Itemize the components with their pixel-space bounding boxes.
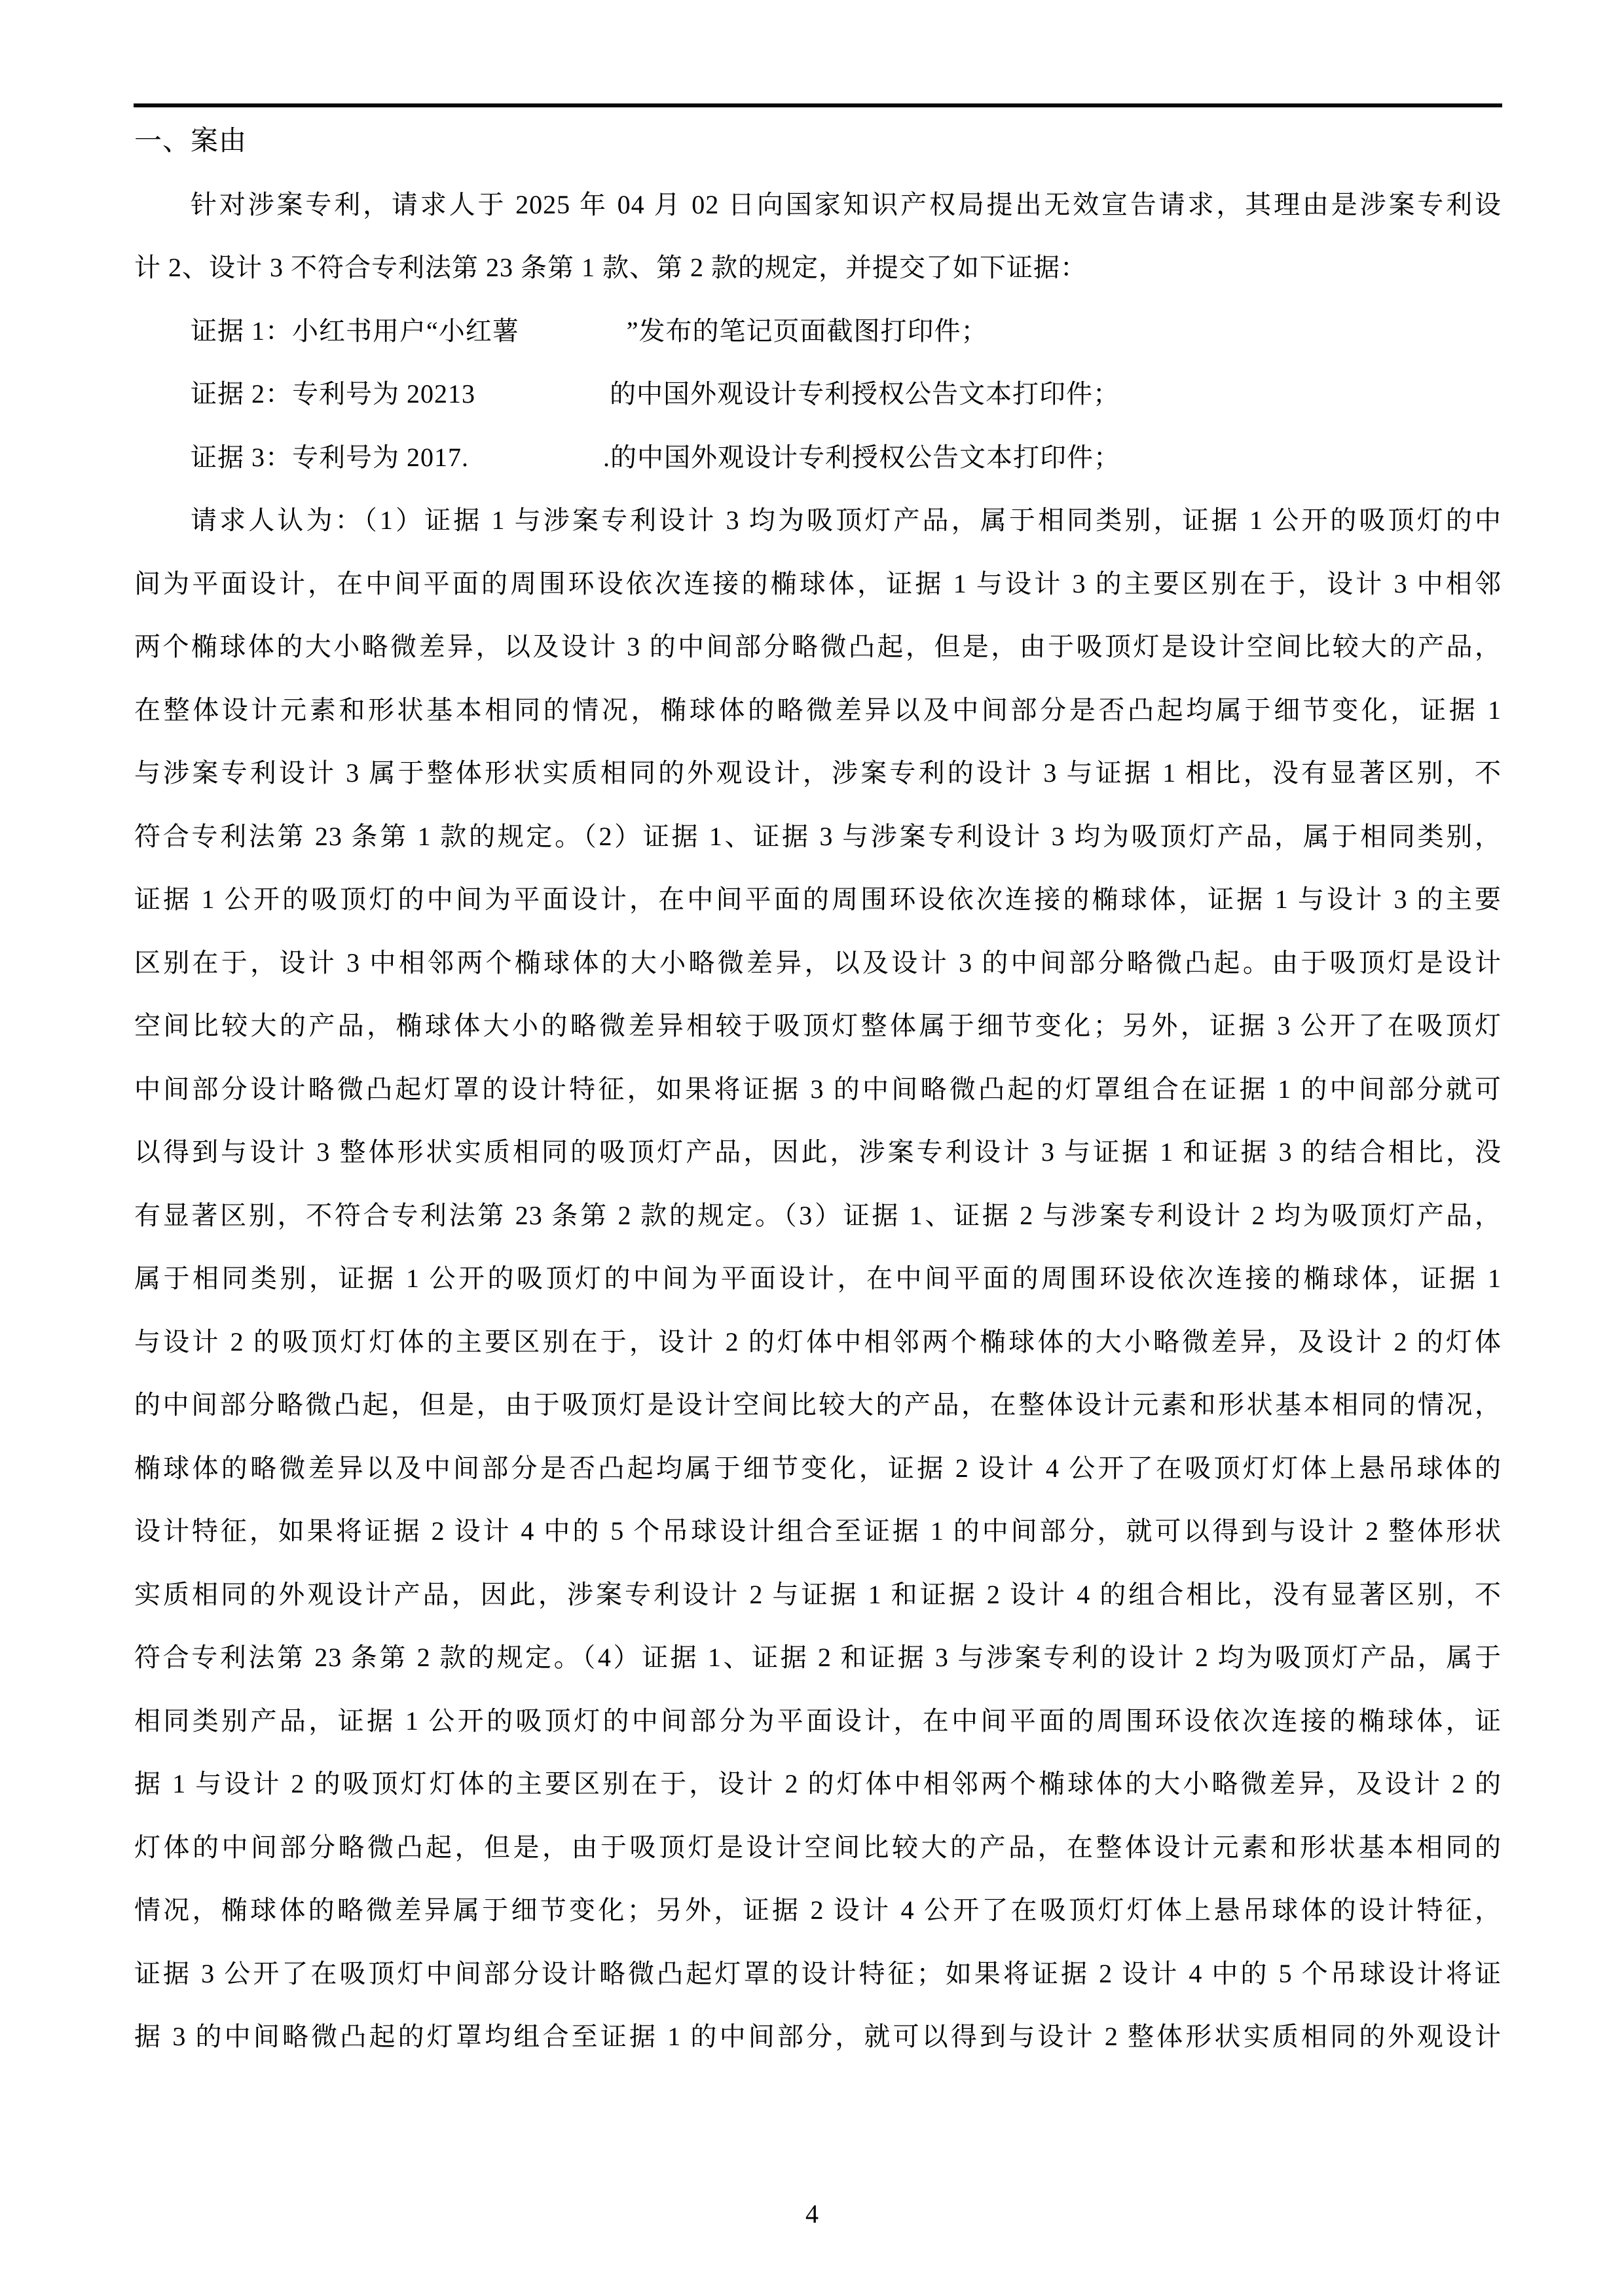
section-heading: 一、案由: [134, 110, 1502, 173]
document-page: 一、案由 针对涉案专利，请求人于 2025 年 04 月 02 日向国家知识产权…: [0, 0, 1624, 2296]
page-number: 4: [0, 2195, 1624, 2234]
text-line: 证据 2：专利号为 20213 的中国外观设计专利授权公告文本打印件；: [134, 363, 1502, 426]
text-line: 计 2、设计 3 不符合专利法第 23 条第 1 款、第 2 款的规定，并提交了…: [134, 236, 1502, 300]
text-line: 与设计 2 的吸顶灯灯体的主要区别在于，设计 2 的灯体中相邻两个椭球体的大小略…: [134, 1311, 1502, 1374]
text-line: 符合专利法第 23 条第 2 款的规定。（4）证据 1、证据 2 和证据 3 与…: [134, 1626, 1502, 1690]
text-line: 据 1 与设计 2 的吸顶灯灯体的主要区别在于，设计 2 的灯体中相邻两个椭球体…: [134, 1753, 1502, 1816]
text-line: 证据 3：专利号为 2017. .的中国外观设计专利授权公告文本打印件；: [134, 426, 1502, 490]
text-line: 以得到与设计 3 整体形状实质相同的吸顶灯产品，因此，涉案专利设计 3 与证据 …: [134, 1121, 1502, 1184]
text-line: 空间比较大的产品，椭球体大小的略微差异相较于吸顶灯整体属于细节变化；另外，证据 …: [134, 994, 1502, 1058]
text-line: 证据 1 公开的吸顶灯的中间为平面设计，在中间平面的周围环设依次连接的椭球体，证…: [134, 868, 1502, 932]
text-line: 设计特征，如果将证据 2 设计 4 中的 5 个吊球设计组合至证据 1 的中间部…: [134, 1500, 1502, 1563]
text-line: 实质相同的外观设计产品，因此，涉案专利设计 2 与证据 1 和证据 2 设计 4…: [134, 1563, 1502, 1627]
text-line: 据 3 的中间略微凸起的灯罩均组合至证据 1 的中间部分，就可以得到与设计 2 …: [134, 2005, 1502, 2069]
text-line: 针对涉案专利，请求人于 2025 年 04 月 02 日向国家知识产权局提出无效…: [134, 173, 1502, 237]
text-line: 属于相同类别，证据 1 公开的吸顶灯的中间为平面设计，在中间平面的周围环设依次连…: [134, 1247, 1502, 1311]
text-line: 灯体的中间部分略微凸起，但是，由于吸顶灯是设计空间比较大的产品，在整体设计元素和…: [134, 1816, 1502, 1880]
text-line: 中间部分设计略微凸起灯罩的设计特征，如果将证据 3 的中间略微凸起的灯罩组合在证…: [134, 1058, 1502, 1121]
text-line: 有显著区别，不符合专利法第 23 条第 2 款的规定。（3）证据 1、证据 2 …: [134, 1184, 1502, 1248]
text-line: 证据 1：小红书用户“小红薯 ”发布的笔记页面截图打印件；: [134, 300, 1502, 363]
text-line: 的中间部分略微凸起，但是，由于吸顶灯是设计空间比较大的产品，在整体设计元素和形状…: [134, 1374, 1502, 1437]
paragraphs: 针对涉案专利，请求人于 2025 年 04 月 02 日向国家知识产权局提出无效…: [134, 173, 1502, 2069]
text-line: 与涉案专利设计 3 属于整体形状实质相同的外观设计，涉案专利的设计 3 与证据 …: [134, 742, 1502, 805]
text-line: 证据 3 公开了在吸顶灯中间部分设计略微凸起灯罩的设计特征；如果将证据 2 设计…: [134, 1942, 1502, 2006]
text-line: 情况，椭球体的略微差异属于细节变化；另外，证据 2 设计 4 公开了在吸顶灯灯体…: [134, 1879, 1502, 1942]
text-line: 间为平面设计，在中间平面的周围环设依次连接的椭球体，证据 1 与设计 3 的主要…: [134, 553, 1502, 616]
text-line: 椭球体的略微差异以及中间部分是否凸起均属于细节变化，证据 2 设计 4 公开了在…: [134, 1437, 1502, 1501]
text-line: 相同类别产品，证据 1 公开的吸顶灯的中间部分为平面设计，在中间平面的周围环设依…: [134, 1690, 1502, 1753]
text-line: 在整体设计元素和形状基本相同的情况，椭球体的略微差异以及中间部分是否凸起均属于细…: [134, 679, 1502, 742]
text-line: 两个椭球体的大小略微差异，以及设计 3 的中间部分略微凸起，但是，由于吸顶灯是设…: [134, 615, 1502, 679]
header-rule: [134, 103, 1502, 107]
document-body: 一、案由 针对涉案专利，请求人于 2025 年 04 月 02 日向国家知识产权…: [134, 110, 1502, 2069]
text-line: 符合专利法第 23 条第 1 款的规定。（2）证据 1、证据 3 与涉案专利设计…: [134, 805, 1502, 869]
text-line: 请求人认为：（1）证据 1 与涉案专利设计 3 均为吸顶灯产品，属于相同类别，证…: [134, 489, 1502, 553]
text-line: 区别在于，设计 3 中相邻两个椭球体的大小略微差异，以及设计 3 的中间部分略微…: [134, 932, 1502, 995]
